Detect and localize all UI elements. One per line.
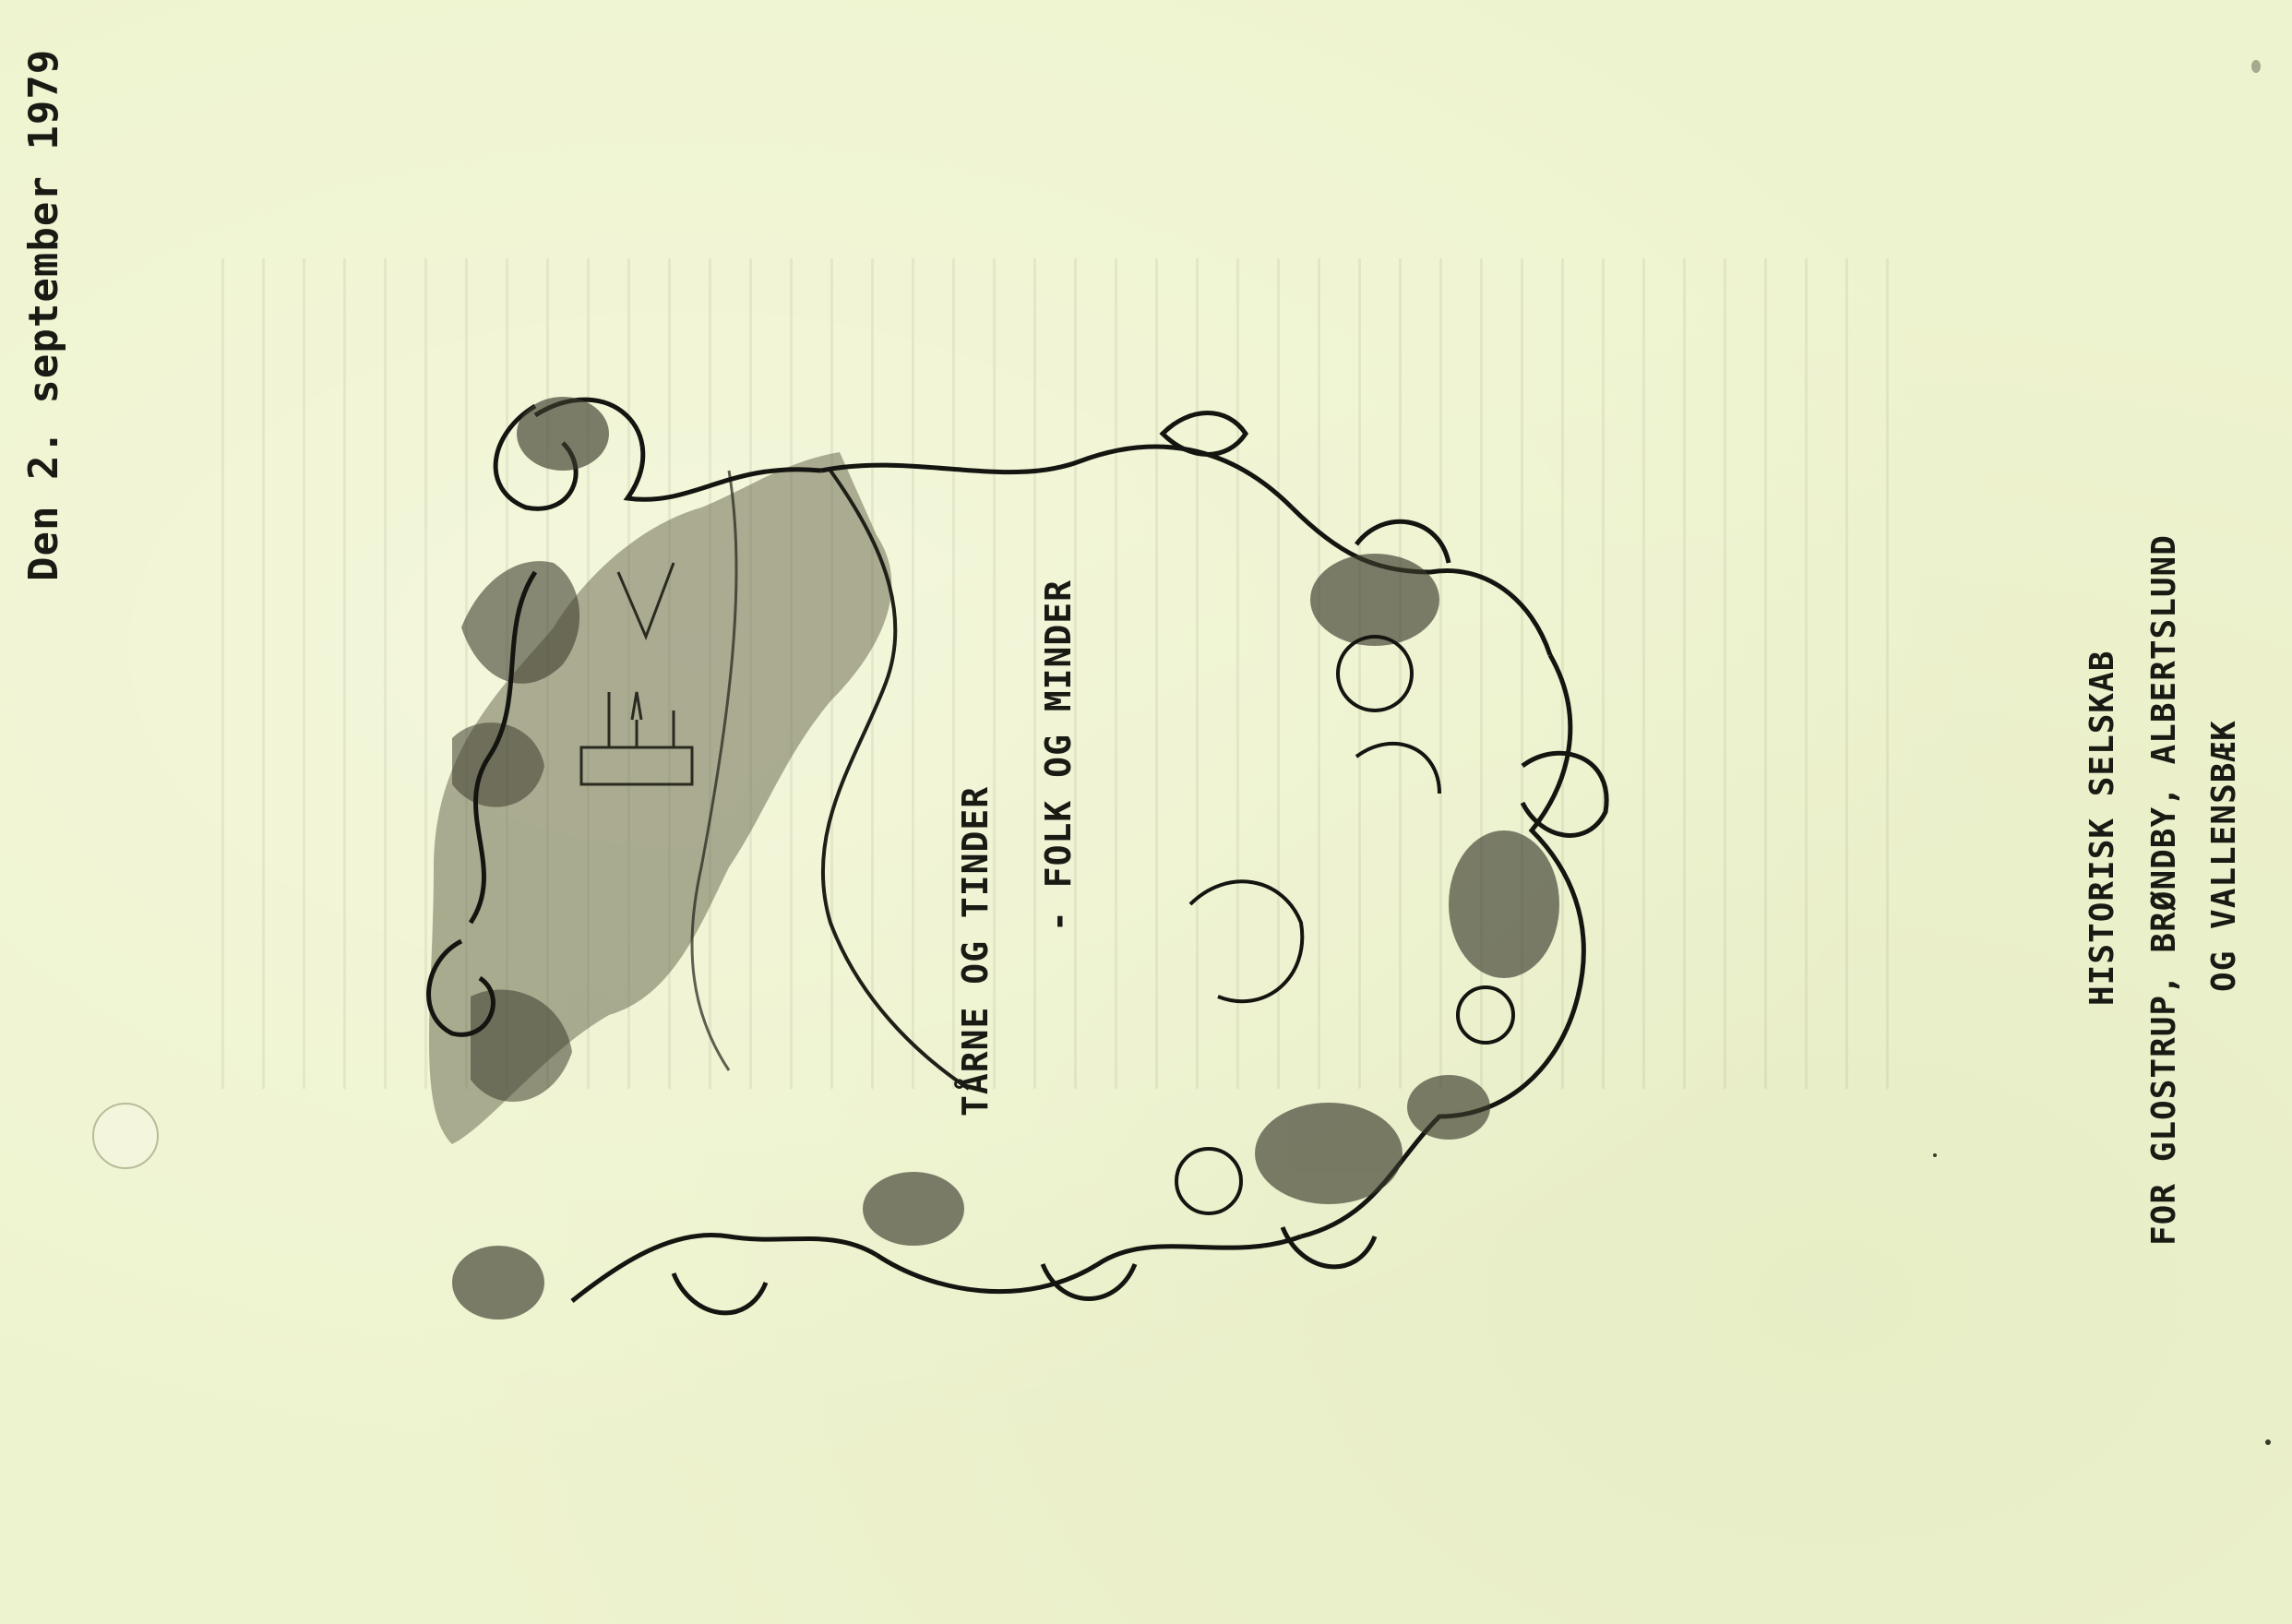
document-title-line1: TÅRNE OG TINDER <box>955 786 996 1116</box>
date-line: Den 2. september 1979 <box>20 49 67 581</box>
ink-speck <box>2251 60 2261 73</box>
document-title-line2: - FOLK OG MINDER <box>1038 579 1079 932</box>
punch-hole <box>92 1103 159 1169</box>
publisher-line1: HISTORISK SELSKAB <box>2083 651 2121 1006</box>
ink-speck <box>2265 1439 2271 1445</box>
ink-speck <box>1933 1153 1937 1157</box>
landscape-engraving <box>429 452 969 1144</box>
publisher-line3: OG VALLENSBÆK <box>2205 720 2243 992</box>
publisher-line2: FOR GLOSTRUP, BRØNDBY, ALBERTSLUND <box>2145 534 2183 1246</box>
